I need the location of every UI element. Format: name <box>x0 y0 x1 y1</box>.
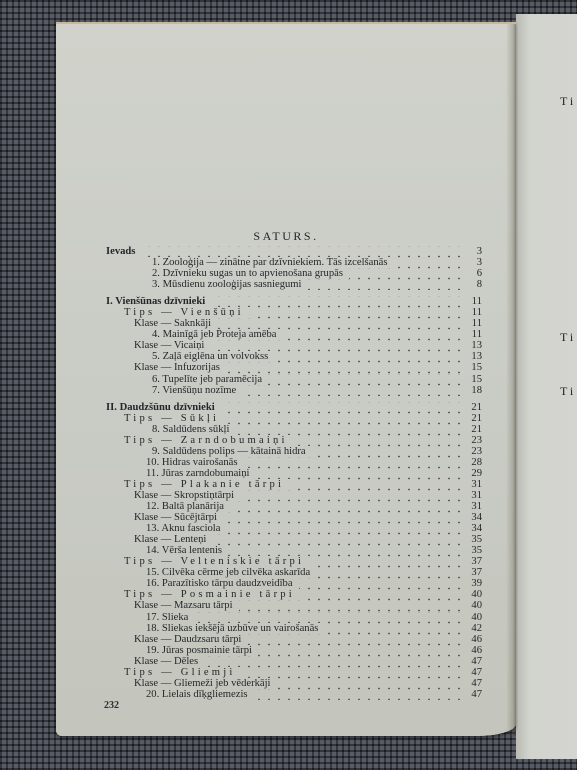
toc-entry-number: 1. <box>152 257 160 268</box>
leader-dots <box>242 667 464 678</box>
toc-entry-label: Tips — Zarndobumaiņi <box>124 435 288 446</box>
facing-page-fragment: Ti <box>560 330 576 345</box>
toc-entry-number: 19. <box>146 645 159 656</box>
toc-entry-label: 12. Baltā planārija <box>146 501 224 512</box>
leader-dots <box>221 402 464 413</box>
toc-row-klase: Klase — Saknkāji11 <box>106 318 482 329</box>
toc-row-klase: Klase — Dēles47 <box>106 656 482 667</box>
leader-dots <box>274 351 464 362</box>
toc-entry-page: 29 <box>466 468 482 479</box>
leader-dots <box>240 490 464 501</box>
toc-entry-label: Klase — Saknkāji <box>134 318 211 329</box>
toc-entry-label: Klase — Lenteņi <box>134 534 206 545</box>
toc-row-klase: Klase — Daudzsaru tārpi46 <box>106 634 482 645</box>
toc-row-tips: Tips — Gliemji47 <box>106 667 482 678</box>
toc-row-section: Ievads3 <box>106 246 482 257</box>
toc-entry-number: 18. <box>146 623 159 634</box>
toc-entry-page: 11 <box>466 307 482 318</box>
toc-entry-number: 17. <box>146 612 159 623</box>
toc-entry-label: Klase — Skropstiņtārpi <box>134 490 234 501</box>
toc-row-tips: Tips — Sūkļi21 <box>106 413 482 424</box>
toc-entry-label: 5. Zaļā eiglēna un volvokss <box>152 351 268 362</box>
toc-row-item: 20. Lielais dīķgliemezis47 <box>106 689 482 700</box>
leader-dots <box>226 362 464 373</box>
leader-dots <box>242 385 464 396</box>
toc-entry-page: 35 <box>466 534 482 545</box>
toc-entry-text: Jūras zarndobumaiņi <box>162 468 250 479</box>
toc-entry-text: Tips — Vienšūņi <box>124 307 244 318</box>
toc-entry-label: 6. Tupelīte jeb paramēcija <box>152 374 262 385</box>
facing-page-fragment: Ti <box>560 94 576 109</box>
toc-entry-text: Tips — Plakanie tārpi <box>124 479 284 490</box>
toc-entry-page: 47 <box>466 689 482 700</box>
toc-entry-page: 40 <box>466 589 482 600</box>
toc-entry-label: Ievads <box>106 246 135 257</box>
page-gutter <box>506 24 516 736</box>
toc-entry-label: 13. Aknu fasciola <box>146 523 220 534</box>
toc-entry-page: 47 <box>466 678 482 689</box>
leader-dots <box>349 268 464 279</box>
toc-entry-text: Vienšūnas dzīvnieki <box>115 296 205 307</box>
toc-entry-page: 34 <box>466 523 482 534</box>
toc-entry-page: 39 <box>466 578 482 589</box>
toc-entry-text: Saldūdens sūkļi <box>163 424 230 435</box>
leader-dots <box>244 457 464 468</box>
toc-row-section: II. Daudzšūnu dzīvnieki21 <box>106 402 482 413</box>
toc-entry-label: 8. Saldūdens sūkļi <box>152 424 229 435</box>
toc-row-item: 3. Mūsdienu zooloģijas sasniegumi8 <box>106 279 482 290</box>
toc-entry-label: 17. Slieka <box>146 612 188 623</box>
toc-entry-page: 31 <box>466 479 482 490</box>
toc-entry-text: Klase — Infuzorijas <box>134 362 220 373</box>
toc-entry-text: Klase — Sūcējtārpi <box>134 512 217 523</box>
toc-entry-page: 35 <box>466 545 482 556</box>
toc-entry-number: 6. <box>152 374 160 385</box>
toc-entry-label: Tips — Gliemji <box>124 667 236 678</box>
toc-entry-number: 20. <box>146 689 159 700</box>
toc-row-item: 19. Jūras posmainie tārpi46 <box>106 645 482 656</box>
toc-entry-label: Tips — Sūkļi <box>124 413 219 424</box>
toc-entry-page: 18 <box>466 385 482 396</box>
toc-entry-label: 18. Sliekas iekšējā uzbūve un vairošanās <box>146 623 318 634</box>
toc-entry-label: Klase — Mazsaru tārpi <box>134 600 233 611</box>
toc-entry-page: 11 <box>466 318 482 329</box>
toc-entry-page: 31 <box>466 490 482 501</box>
toc-entry-number: 7. <box>152 385 160 396</box>
leader-dots <box>254 689 464 700</box>
toc-entry-text: Aknu fasciola <box>161 523 220 534</box>
toc-row-klase: Klase — Mazsaru tārpi40 <box>106 600 482 611</box>
leader-dots <box>235 424 464 435</box>
toc-row-item: 2. Dzīvnieku sugas un to apvienošana gru… <box>106 268 482 279</box>
toc-row-item: 6. Tupelīte jeb paramēcija15 <box>106 374 482 385</box>
leader-dots <box>290 479 464 490</box>
toc-entry-text: Parazītisko tārpu daudzveidība <box>162 578 293 589</box>
leader-dots <box>324 623 464 634</box>
leader-dots <box>239 600 464 611</box>
toc-entry-label: 14. Vērša lentenis <box>146 545 222 556</box>
toc-entry-text: Klase — Lenteņi <box>134 534 206 545</box>
toc-entry-page: 42 <box>466 623 482 634</box>
toc-entry-text: Hidras vairošanās <box>162 457 238 468</box>
toc-row-item: 11. Jūras zarndobumaiņi29 <box>106 468 482 479</box>
toc-entry-text: Tips — Gliemji <box>124 667 236 678</box>
toc-entry-text: Vienšūņu nozīme <box>162 385 236 396</box>
leader-dots <box>225 413 464 424</box>
toc-entry-label: Klase — Gliemeži jeb vēderkāji <box>134 678 271 689</box>
leader-dots <box>230 501 464 512</box>
toc-entry-page: 15 <box>466 362 482 373</box>
leader-dots <box>282 329 464 340</box>
toc-entry-page: 31 <box>466 501 482 512</box>
toc-entry-text: Dzīvnieku sugas un to apvienošana grupās <box>163 268 343 279</box>
toc-entry-page: 13 <box>466 351 482 362</box>
leader-dots <box>226 523 464 534</box>
leader-dots <box>393 257 464 268</box>
toc-entry-page: 21 <box>466 402 482 413</box>
toc-entry-label: Klase — Daudzsaru tārpi <box>134 634 241 645</box>
toc-row-tips: Tips — Plakanie tārpi31 <box>106 479 482 490</box>
toc-entry-label: Tips — Posmainie tārpi <box>124 589 295 600</box>
toc-row-tips: Tips — Posmainie tārpi40 <box>106 589 482 600</box>
toc-entry-label: I. Vienšūnas dzīvnieki <box>106 296 205 307</box>
toc-entry-page: 47 <box>466 667 482 678</box>
toc-entry-text: Tips — Posmainie tārpi <box>124 589 295 600</box>
toc-entry-label: 19. Jūras posmainie tārpi <box>146 645 252 656</box>
toc-entry-page: 28 <box>466 457 482 468</box>
toc-entry-text: Klase — Mazsaru tārpi <box>134 600 233 611</box>
toc-entry-text: Saldūdens polips — kātainā hidra <box>163 446 306 457</box>
toc-row-item: 9. Saldūdens polips — kātainā hidra23 <box>106 446 482 457</box>
toc-entry-text: Klase — Saknkāji <box>134 318 211 329</box>
toc-entry-label: Klase — Vicaiņi <box>134 340 204 351</box>
page-number: 232 <box>104 700 119 711</box>
toc-entry-text: Cilvēka cērme jeb cilvēka askarīda <box>162 567 310 578</box>
leader-dots <box>258 645 464 656</box>
leader-dots <box>312 446 464 457</box>
leader-dots <box>277 678 464 689</box>
book-page: SATURS. Ievads31. Zooloģija — zinātne pa… <box>56 22 516 736</box>
toc-entry-number: 15. <box>146 567 159 578</box>
toc-entry-label: 1. Zooloģija — zinātne par dzīvniekiem. … <box>152 257 387 268</box>
toc-entry-text: Jūras posmainie tārpi <box>162 645 252 656</box>
toc-entry-number: 11. <box>146 468 159 479</box>
toc-row-klase: Klase — Infuzorijas15 <box>106 362 482 373</box>
toc-entry-text: Sliekas iekšējā uzbūve un vairošanās <box>162 623 319 634</box>
page-title: SATURS. <box>56 229 516 244</box>
toc-entry-text: Tips — Sūkļi <box>124 413 219 424</box>
toc-entry-label: 2. Dzīvnieku sugas un to apvienošana gru… <box>152 268 343 279</box>
leader-dots <box>316 567 464 578</box>
toc-entry-number: 9. <box>152 446 160 457</box>
leader-dots <box>217 318 464 329</box>
toc-entry-number: 8. <box>152 424 160 435</box>
toc-entry-text: Tips — Zarndobumaiņi <box>124 435 288 446</box>
toc-row-tips: Tips — Velteniskie tārpi37 <box>106 556 482 567</box>
toc-entry-number: 16. <box>146 578 159 589</box>
toc-entry-page: 37 <box>466 556 482 567</box>
toc-entry-label: Tips — Plakanie tārpi <box>124 479 284 490</box>
leader-dots <box>255 468 464 479</box>
toc-entry-text: Tupelīte jeb paramēcija <box>162 374 262 385</box>
leader-dots <box>212 534 464 545</box>
leader-dots <box>228 545 464 556</box>
toc-entry-text: Klase — Daudzsaru tārpi <box>134 634 241 645</box>
toc-row-item: 8. Saldūdens sūkļi21 <box>106 424 482 435</box>
toc-entry-page: 6 <box>466 268 482 279</box>
toc-entry-label: Tips — Velteniskie tārpi <box>124 556 304 567</box>
toc-entry-page: 23 <box>466 446 482 457</box>
toc-entry-page: 46 <box>466 645 482 656</box>
toc-row-klase: Klase — Skropstiņtārpi31 <box>106 490 482 501</box>
toc-row-item: 13. Aknu fasciola34 <box>106 523 482 534</box>
toc-entry-number: II. <box>106 402 117 413</box>
leader-dots <box>250 307 464 318</box>
toc-entry-text: Slieka <box>162 612 188 623</box>
toc-entry-number: 10. <box>146 457 159 468</box>
toc-row-klase: Klase — Vicaiņi13 <box>106 340 482 351</box>
toc-entry-text: Vērša lentenis <box>162 545 222 556</box>
toc-entry-text: Klase — Dēles <box>134 656 198 667</box>
toc-entry-text: Mainīgā jeb Proteja amēba <box>163 329 277 340</box>
toc-row-klase: Klase — Lenteņi35 <box>106 534 482 545</box>
toc-entry-label: 16. Parazītisko tārpu daudzveidība <box>146 578 293 589</box>
toc-entry-page: 8 <box>466 279 482 290</box>
toc-entry-label: 11. Jūras zarndobumaiņi <box>146 468 249 479</box>
toc-entry-number: I. <box>106 296 113 307</box>
toc-entry-text: Zaļā eiglēna un volvokss <box>163 351 269 362</box>
toc-entry-text: Lielais dīķgliemezis <box>162 689 248 700</box>
toc-entry-page: 3 <box>466 257 482 268</box>
facing-page: Ti Ti Ti <box>516 14 577 759</box>
toc-entry-page: 13 <box>466 340 482 351</box>
toc-row-item: 7. Vienšūņu nozīme18 <box>106 385 482 396</box>
toc-entry-label: II. Daudzšūnu dzīvnieki <box>106 402 215 413</box>
facing-page-fragment: Ti <box>560 384 576 399</box>
toc-entry-number: 13. <box>146 523 159 534</box>
leader-dots <box>294 435 464 446</box>
toc-entry-number: 5. <box>152 351 160 362</box>
toc-entry-label: 15. Cilvēka cērme jeb cilvēka askarīda <box>146 567 310 578</box>
toc-entry-label: 7. Vienšūņu nozīme <box>152 385 236 396</box>
toc-entry-number: 3. <box>152 279 160 290</box>
toc-entry-number: 2. <box>152 268 160 279</box>
toc-entry-text: Mūsdienu zooloģijas sasniegumi <box>163 279 302 290</box>
toc-row-section: I. Vienšūnas dzīvnieki11 <box>106 296 482 307</box>
toc-entry-label: Klase — Sūcējtārpi <box>134 512 217 523</box>
leader-dots <box>310 556 464 567</box>
toc-entry-text: Ievads <box>106 246 135 257</box>
toc-row-klase: Klase — Gliemeži jeb vēderkāji47 <box>106 678 482 689</box>
leader-dots <box>247 634 464 645</box>
toc-entry-label: 9. Saldūdens polips — kātainā hidra <box>152 446 306 457</box>
toc-entry-text: Baltā planārija <box>162 501 224 512</box>
toc-row-item: 12. Baltā planārija31 <box>106 501 482 512</box>
toc-entry-page: 34 <box>466 512 482 523</box>
toc-row-item: 16. Parazītisko tārpu daudzveidība39 <box>106 578 482 589</box>
toc-row-tips: Tips — Vienšūņi11 <box>106 307 482 318</box>
toc-row-item: 4. Mainīgā jeb Proteja amēba11 <box>106 329 482 340</box>
toc-row-item: 15. Cilvēka cērme jeb cilvēka askarīda37 <box>106 567 482 578</box>
toc-entry-page: 21 <box>466 424 482 435</box>
toc-entry-label: Klase — Dēles <box>134 656 198 667</box>
toc-entry-page: 3 <box>466 246 482 257</box>
leader-dots <box>211 296 464 307</box>
leader-dots <box>223 512 464 523</box>
toc-entry-number: 14. <box>146 545 159 556</box>
toc-entry-label: 3. Mūsdienu zooloģijas sasniegumi <box>152 279 302 290</box>
toc-row-item: 14. Vērša lentenis35 <box>106 545 482 556</box>
leader-dots <box>141 246 464 257</box>
leader-dots <box>268 374 464 385</box>
leader-dots <box>301 589 464 600</box>
toc-entry-text: Klase — Gliemeži jeb vēderkāji <box>134 678 271 689</box>
toc-entry-page: 23 <box>466 435 482 446</box>
toc-entry-page: 37 <box>466 567 482 578</box>
toc-entry-page: 47 <box>466 656 482 667</box>
toc-row-item: 10. Hidras vairošanās28 <box>106 457 482 468</box>
table-of-contents: Ievads31. Zooloģija — zinātne par dzīvni… <box>106 246 482 700</box>
toc-entry-text: Daudzšūnu dzīvnieki <box>120 402 215 413</box>
toc-entry-page: 15 <box>466 374 482 385</box>
toc-row-item: 18. Sliekas iekšējā uzbūve un vairošanās… <box>106 623 482 634</box>
toc-entry-label: 20. Lielais dīķgliemezis <box>146 689 248 700</box>
toc-entry-text: Klase — Skropstiņtārpi <box>134 490 234 501</box>
toc-entry-text: Klase — Vicaiņi <box>134 340 204 351</box>
toc-entry-label: Tips — Vienšūņi <box>124 307 244 318</box>
toc-row-item: 17. Slieka40 <box>106 612 482 623</box>
toc-entry-label: Klase — Infuzorijas <box>134 362 220 373</box>
toc-entry-label: 4. Mainīgā jeb Proteja amēba <box>152 329 276 340</box>
toc-entry-page: 46 <box>466 634 482 645</box>
toc-entry-page: 40 <box>466 600 482 611</box>
leader-dots <box>299 578 464 589</box>
toc-entry-page: 21 <box>466 413 482 424</box>
toc-entry-label: 10. Hidras vairošanās <box>146 457 238 468</box>
toc-entry-text: Tips — Velteniskie tārpi <box>124 556 304 567</box>
leader-dots <box>204 656 464 667</box>
toc-entry-page: 40 <box>466 612 482 623</box>
toc-row-item: 1. Zooloģija — zinātne par dzīvniekiem. … <box>106 257 482 268</box>
toc-row-tips: Tips — Zarndobumaiņi23 <box>106 435 482 446</box>
toc-row-klase: Klase — Sūcējtārpi34 <box>106 512 482 523</box>
leader-dots <box>210 340 464 351</box>
toc-entry-page: 11 <box>466 296 482 307</box>
toc-entry-number: 4. <box>152 329 160 340</box>
toc-row-item: 5. Zaļā eiglēna un volvokss13 <box>106 351 482 362</box>
leader-dots <box>194 612 464 623</box>
toc-entry-number: 12. <box>146 501 159 512</box>
toc-entry-text: Zooloģija — zinātne par dzīvniekiem. Tās… <box>163 257 388 268</box>
leader-dots <box>308 279 464 290</box>
toc-entry-page: 11 <box>466 329 482 340</box>
